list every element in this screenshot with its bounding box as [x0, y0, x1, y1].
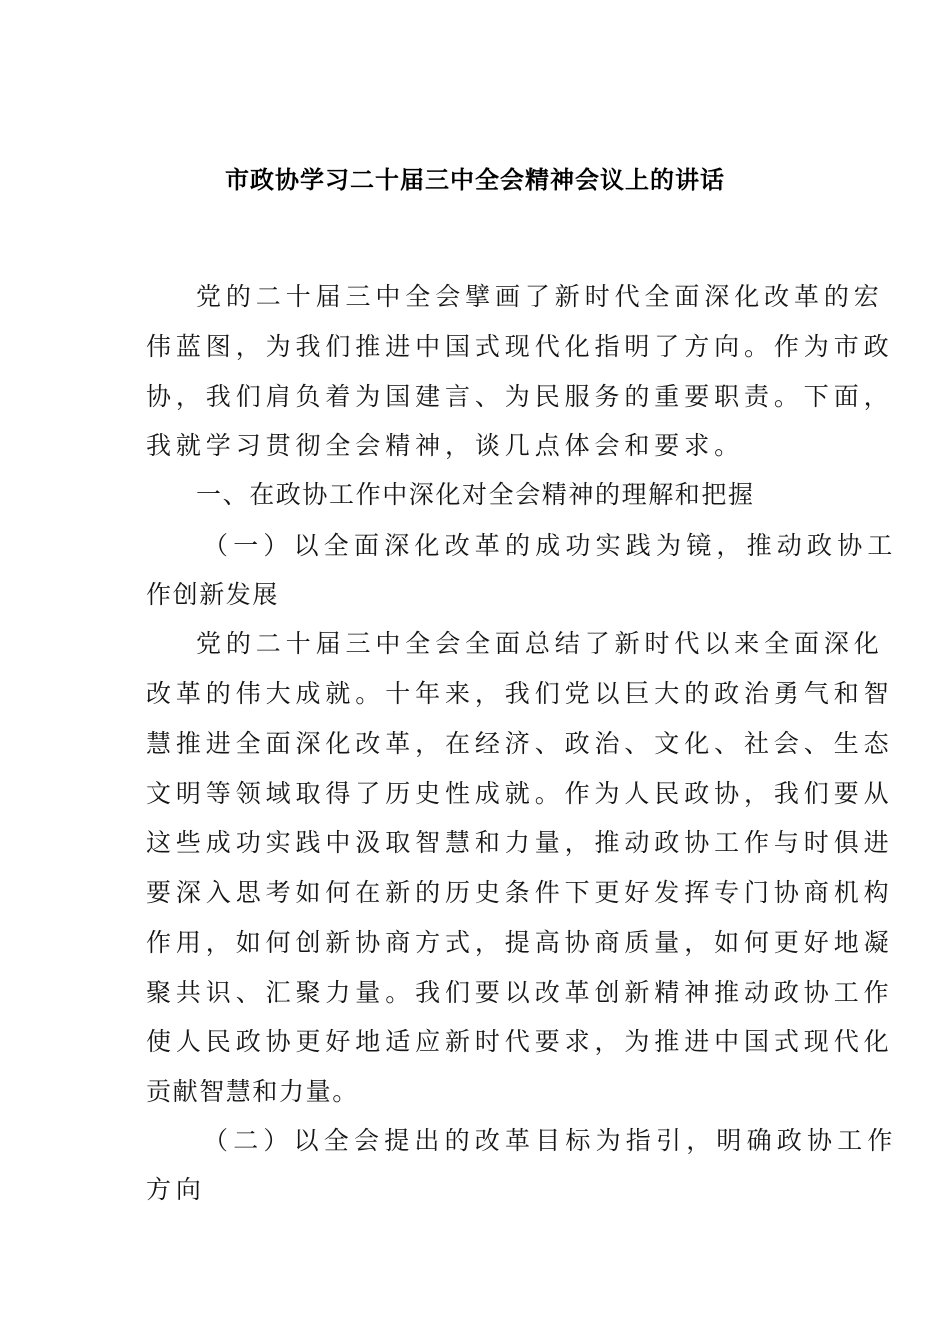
subheading-1-line-1: （一）以全面深化改革的成功实践为镜，推动政协工: [203, 526, 873, 566]
paragraph-2-line-5: 这些成功实践中汲取智慧和力量，推动政协工作与时俱进: [146, 823, 816, 863]
paragraph-2-line-6: 要深入思考如何在新的历史条件下更好发挥专门协商机构: [146, 873, 816, 913]
document-page: 市政协学习二十届三中全会精神会议上的讲话 党的二十届三中全会擘画了新时代全面深化…: [0, 0, 950, 1344]
paragraph-1-line-3: 协，我们肩负着为国建言、为民服务的重要职责。下面，: [146, 377, 816, 417]
paragraph-2-line-8: 聚共识、汇聚力量。我们要以改革创新精神推动政协工作: [146, 973, 816, 1013]
paragraph-2-line-10: 贡献智慧和力量。: [146, 1072, 816, 1112]
subheading-2-line-1: （二）以全会提出的改革目标为指引，明确政协工作: [203, 1121, 873, 1161]
section-heading-1: 一、在政协工作中深化对全会精神的理解和把握: [196, 475, 866, 515]
paragraph-1-line-4: 我就学习贯彻全会精神，谈几点体会和要求。: [146, 426, 816, 466]
paragraph-2-line-9: 使人民政协更好地适应新时代要求，为推进中国式现代化: [146, 1022, 816, 1062]
paragraph-2-line-4: 文明等领域取得了历史性成就。作为人民政协，我们要从: [146, 774, 816, 814]
paragraph-2-line-2: 改革的伟大成就。十年来，我们党以巨大的政治勇气和智: [146, 674, 816, 714]
paragraph-1-line-1: 党的二十届三中全会擘画了新时代全面深化改革的宏: [196, 277, 866, 317]
paragraph-2-line-1: 党的二十届三中全会全面总结了新时代以来全面深化: [196, 624, 866, 664]
subheading-2-line-2: 方向: [146, 1170, 816, 1210]
paragraph-2-line-7: 作用，如何创新协商方式，提高协商质量，如何更好地凝: [146, 923, 816, 963]
subheading-1-line-2: 作创新发展: [146, 575, 816, 615]
document-title: 市政协学习二十届三中全会精神会议上的讲话: [0, 160, 950, 200]
paragraph-2-line-3: 慧推进全面深化改革，在经济、政治、文化、社会、生态: [146, 724, 816, 764]
paragraph-1-line-2: 伟蓝图，为我们推进中国式现代化指明了方向。作为市政: [146, 327, 816, 367]
